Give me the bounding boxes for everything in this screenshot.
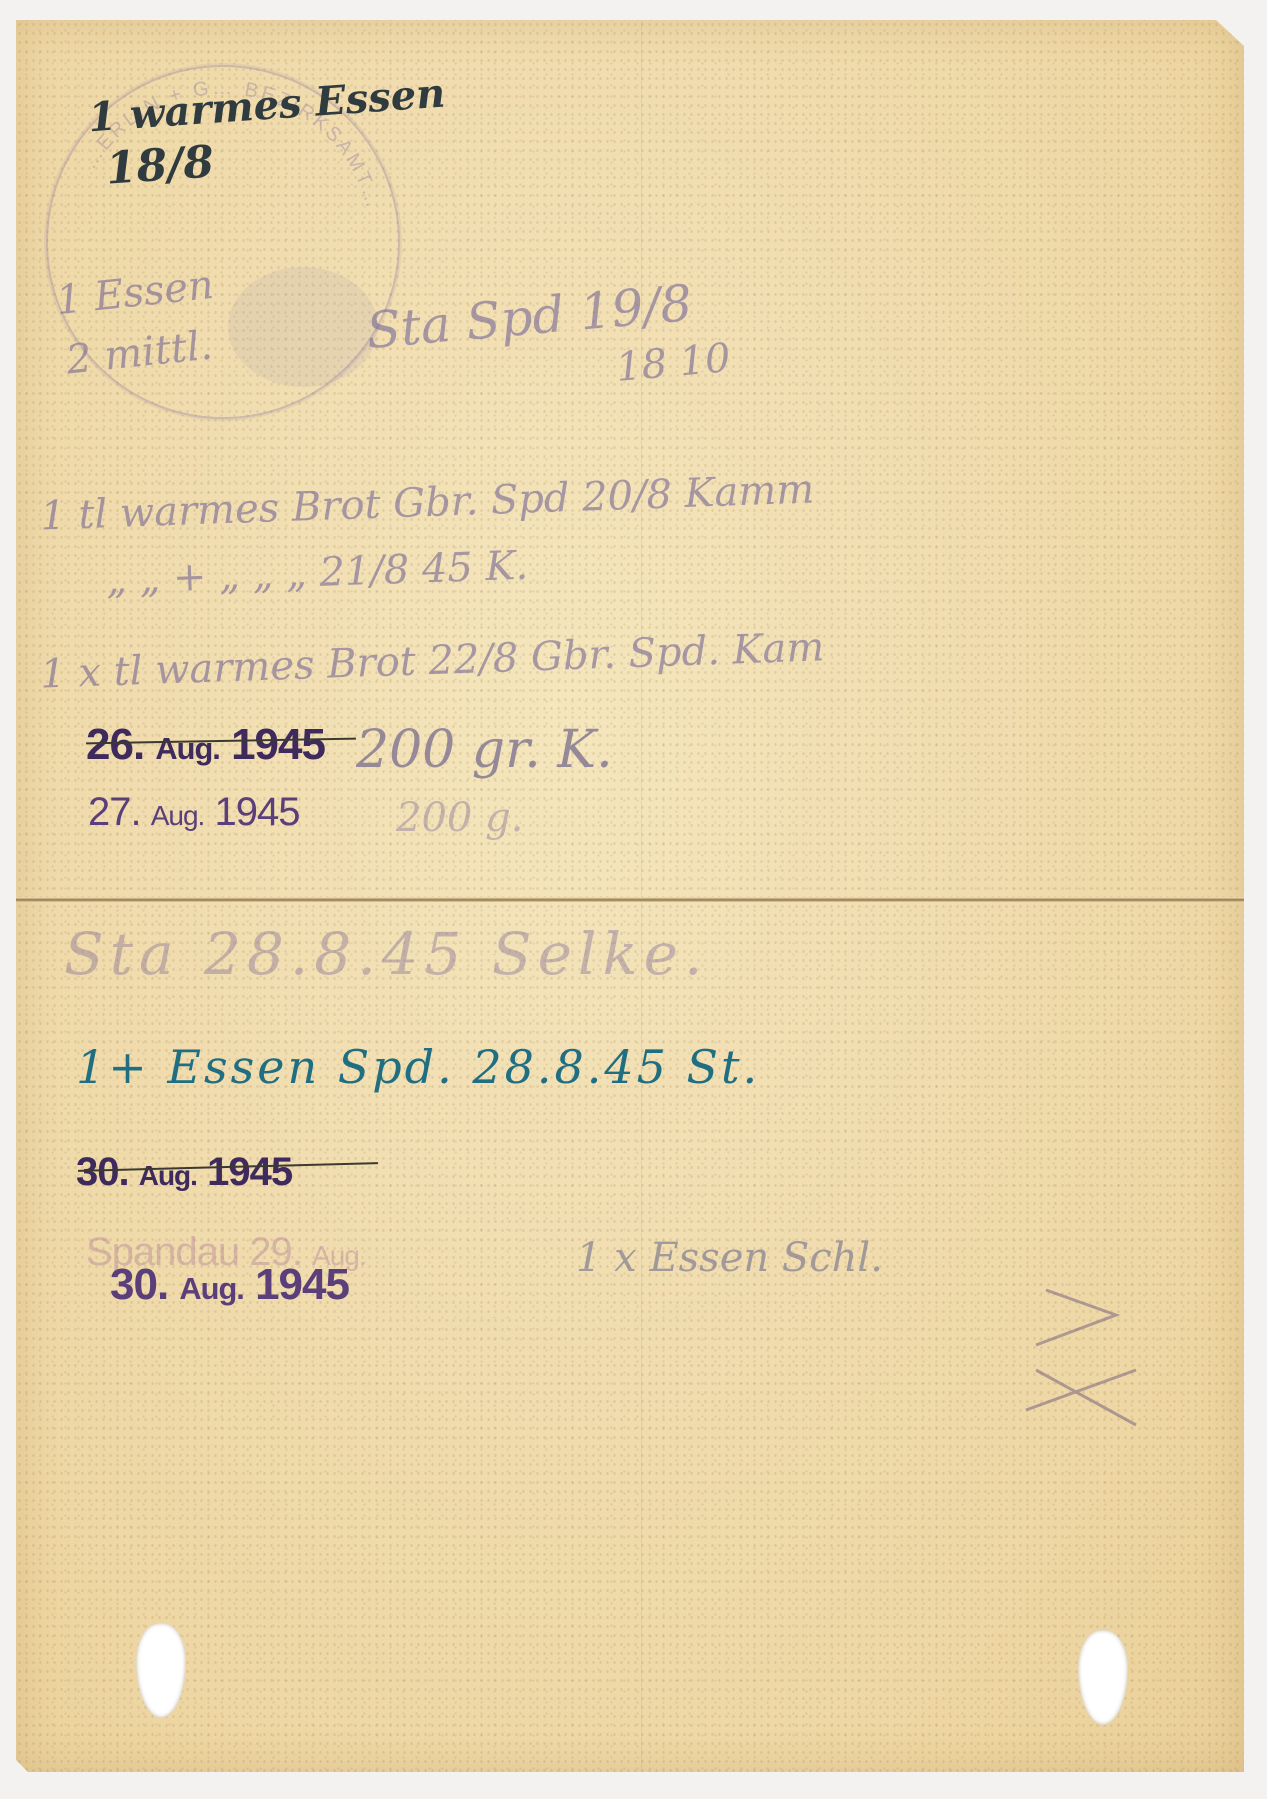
faint-pencil-header: Sta 28.8.45 Selke.: [64, 920, 708, 988]
ink-note-essen: 1+ Essen Spd. 28.8.45 St.: [76, 1040, 760, 1094]
pencil-amount-2: 200 g.: [396, 795, 523, 841]
date-stamp-30-aug: 30. Aug. 1945: [110, 1260, 349, 1310]
pencil-check-marks-icon: [1016, 1270, 1186, 1430]
pencil-amount: 200 gr. K.: [356, 720, 613, 780]
date-stamp-30-aug-struck: 30. Aug. 1945: [76, 1150, 292, 1195]
pencil-note-essen-bottom: 1 x Essen Schl.: [576, 1235, 883, 1281]
horizontal-fold: [16, 897, 1244, 902]
date-stamp-26-aug: 26. Aug. 1945: [86, 720, 325, 770]
ration-card: …ERLIN + G… BEZIRKSAMT… 1 warmes Essen 1…: [16, 20, 1244, 1772]
ink-note-date: 18/8: [104, 136, 215, 194]
date-stamp-27-aug: 27. Aug. 1945: [88, 790, 299, 835]
